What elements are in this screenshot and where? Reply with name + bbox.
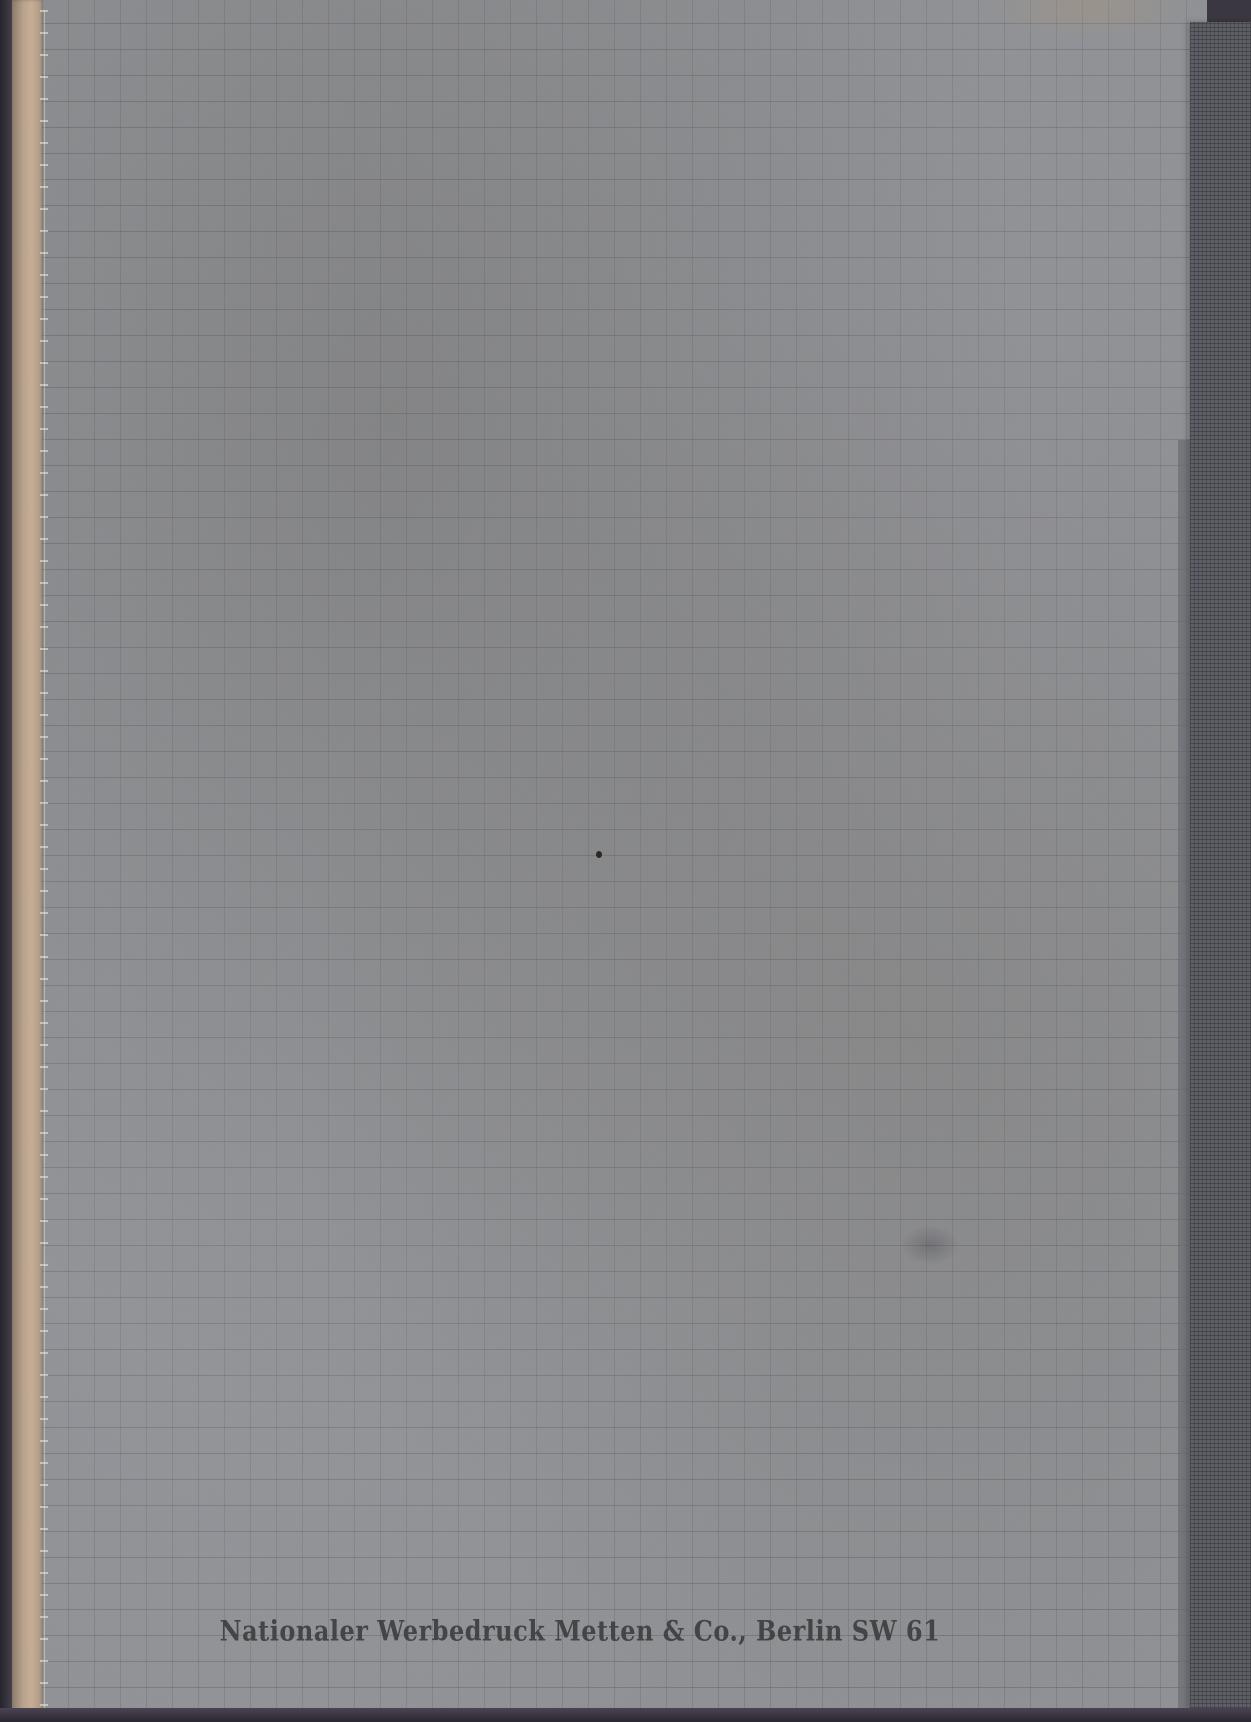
- scan-bottom-border: [0, 1708, 1251, 1722]
- stitching-marks: [40, 10, 48, 1710]
- stain-mark: [980, 0, 1190, 40]
- imprint-text: Nationaler Werbedruck Metten & Co., Berl…: [220, 1613, 941, 1646]
- back-cover-panel: [42, 0, 1207, 1714]
- cloth-binding-strip: [1190, 22, 1251, 1712]
- ink-spot: [596, 851, 602, 858]
- publisher-imprint: Nationaler Werbedruck Metten & Co., Berl…: [60, 1600, 1060, 1660]
- smudge-mark: [900, 1225, 960, 1265]
